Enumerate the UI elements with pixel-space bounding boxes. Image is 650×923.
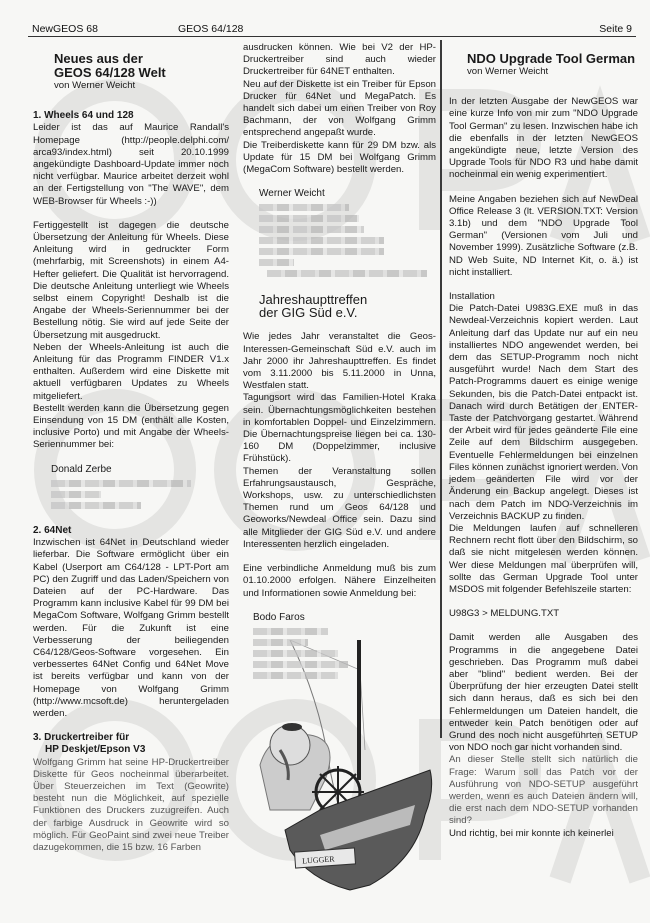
section1-paragraph: Neben der Wheels-Anleitung ist auch die … xyxy=(33,342,229,403)
section1-heading: 1. Wheels 64 und 128 xyxy=(33,110,229,122)
section3-heading: 3. Druckertreiber für xyxy=(33,732,229,744)
column-divider xyxy=(440,40,442,738)
page-header: NewGEOS 68 GEOS 64/128 Seite 9 xyxy=(28,17,636,37)
contact-name: Donald Zerbe xyxy=(51,464,229,476)
article3-paragraph: Damit werden alle Ausgaben des Programms… xyxy=(449,632,638,754)
redacted-address xyxy=(253,628,436,679)
header-section: GEOS 64/128 xyxy=(178,23,243,35)
installation-heading: Installation xyxy=(449,291,638,303)
section3-paragraph: Wolfgang Grimm hat seine HP-Druckertreib… xyxy=(33,757,229,855)
article3-title: NDO Upgrade Tool German xyxy=(467,52,638,66)
header-page-number: Seite 9 xyxy=(599,23,632,35)
section1-paragraph: Bestellt werden kann die Übersetzung geg… xyxy=(33,403,229,452)
contact-name: Bodo Faros xyxy=(253,612,436,624)
section1-paragraph: Leider ist das auf Maurice Randall's Hom… xyxy=(33,122,229,207)
section3-paragraph: ausdrucken können. Wie bei V2 der HP-Dru… xyxy=(243,42,436,79)
section1-paragraph: Fertiggestellt ist dagegen die deutsche … xyxy=(33,220,229,342)
article3-paragraph: In der letzten Ausgabe der NewGEOS war e… xyxy=(449,96,638,181)
article1-title: Neues aus der GEOS 64/128 Welt xyxy=(54,52,229,80)
redacted-address xyxy=(259,204,436,277)
section2-heading: 2. 64Net xyxy=(33,525,229,537)
column-1: Neues aus der GEOS 64/128 Welt von Werne… xyxy=(33,42,229,854)
article3-byline: von Werner Weicht xyxy=(467,66,638,78)
article3-paragraph: An dieser Stelle stellt sich natürlich d… xyxy=(449,754,638,827)
article2-paragraph: Eine verbindliche Anmeldung muß bis zum … xyxy=(243,563,436,600)
article3-paragraph: Die Meldungen laufen auf schnelleren Rec… xyxy=(449,523,638,596)
command-line: U98G3 > MELDUNG.TXT xyxy=(449,608,638,620)
redacted-address xyxy=(51,480,229,509)
section2-paragraph: Inzwischen ist 64Net in Deutschland wied… xyxy=(33,537,229,720)
header-rule xyxy=(28,36,636,37)
article2-paragraph: Wie jedes Jahr veranstaltet die Geos-Int… xyxy=(243,331,436,392)
section3-heading-line2: HP Deskjet/Epson V3 xyxy=(33,744,229,756)
header-issue: NewGEOS 68 xyxy=(32,23,98,35)
column-3: NDO Upgrade Tool German von Werner Weich… xyxy=(449,42,638,840)
column-2: ausdrucken können. Wie bei V2 der HP-Dru… xyxy=(243,42,436,683)
article2-title: Jahreshaupttreffen der GIG Süd e.V. xyxy=(259,293,436,319)
article2-paragraph: Themen der Veranstaltung sollen Erfahrun… xyxy=(243,466,436,551)
article2-paragraph: Tagungsort wird das Familien-Hotel Kraka… xyxy=(243,392,436,465)
contact-name: Werner Weicht xyxy=(259,188,436,200)
section3-paragraph: Die Treiberdiskette kann für 29 DM bzw. … xyxy=(243,140,436,177)
article3-paragraph: Meine Angaben beziehen sich auf NewDeal … xyxy=(449,194,638,279)
newsletter-page: NewGEOS 68 GEOS 64/128 Seite 9 Neues aus… xyxy=(0,0,650,923)
section3-paragraph: Neu auf der Diskette ist ein Treiber für… xyxy=(243,79,436,140)
article1-byline: von Werner Weicht xyxy=(54,80,229,92)
article3-paragraph: Die Patch-Datei U983G.EXE muß in das New… xyxy=(449,303,638,523)
article3-paragraph: Und richtig, bei mir konnte ich keinerle… xyxy=(449,828,638,840)
